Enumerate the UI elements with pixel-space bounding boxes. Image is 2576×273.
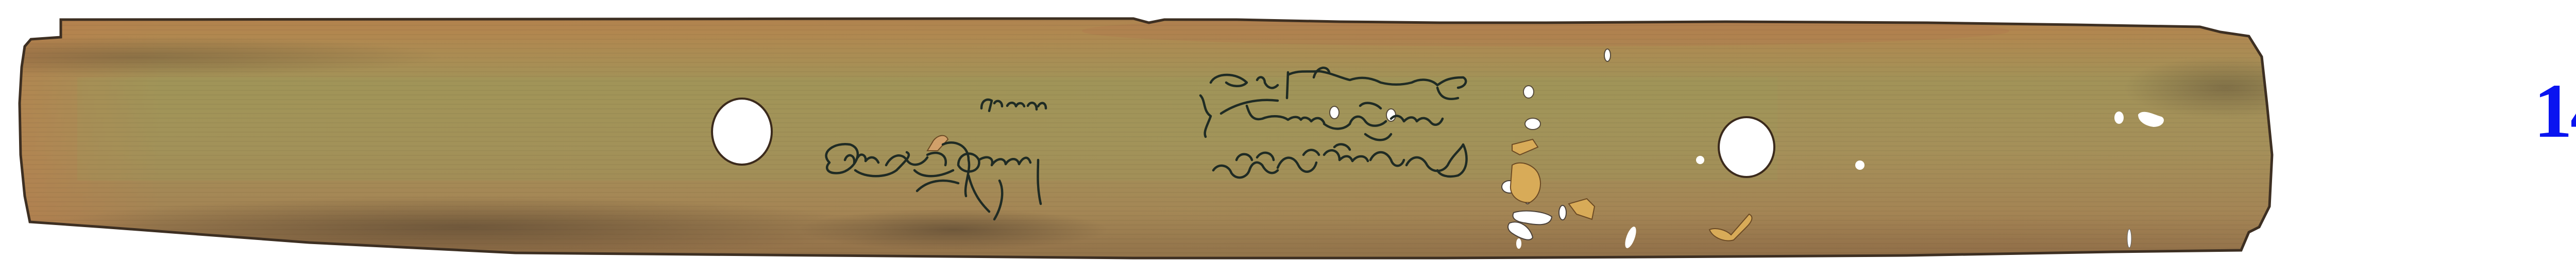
right-string-hole (1719, 117, 1774, 177)
manuscript-scan: 145 (0, 0, 2576, 273)
palm-leaf (0, 0, 2576, 273)
left-string-hole (712, 99, 772, 165)
folio-number: 145 (2534, 72, 2576, 150)
